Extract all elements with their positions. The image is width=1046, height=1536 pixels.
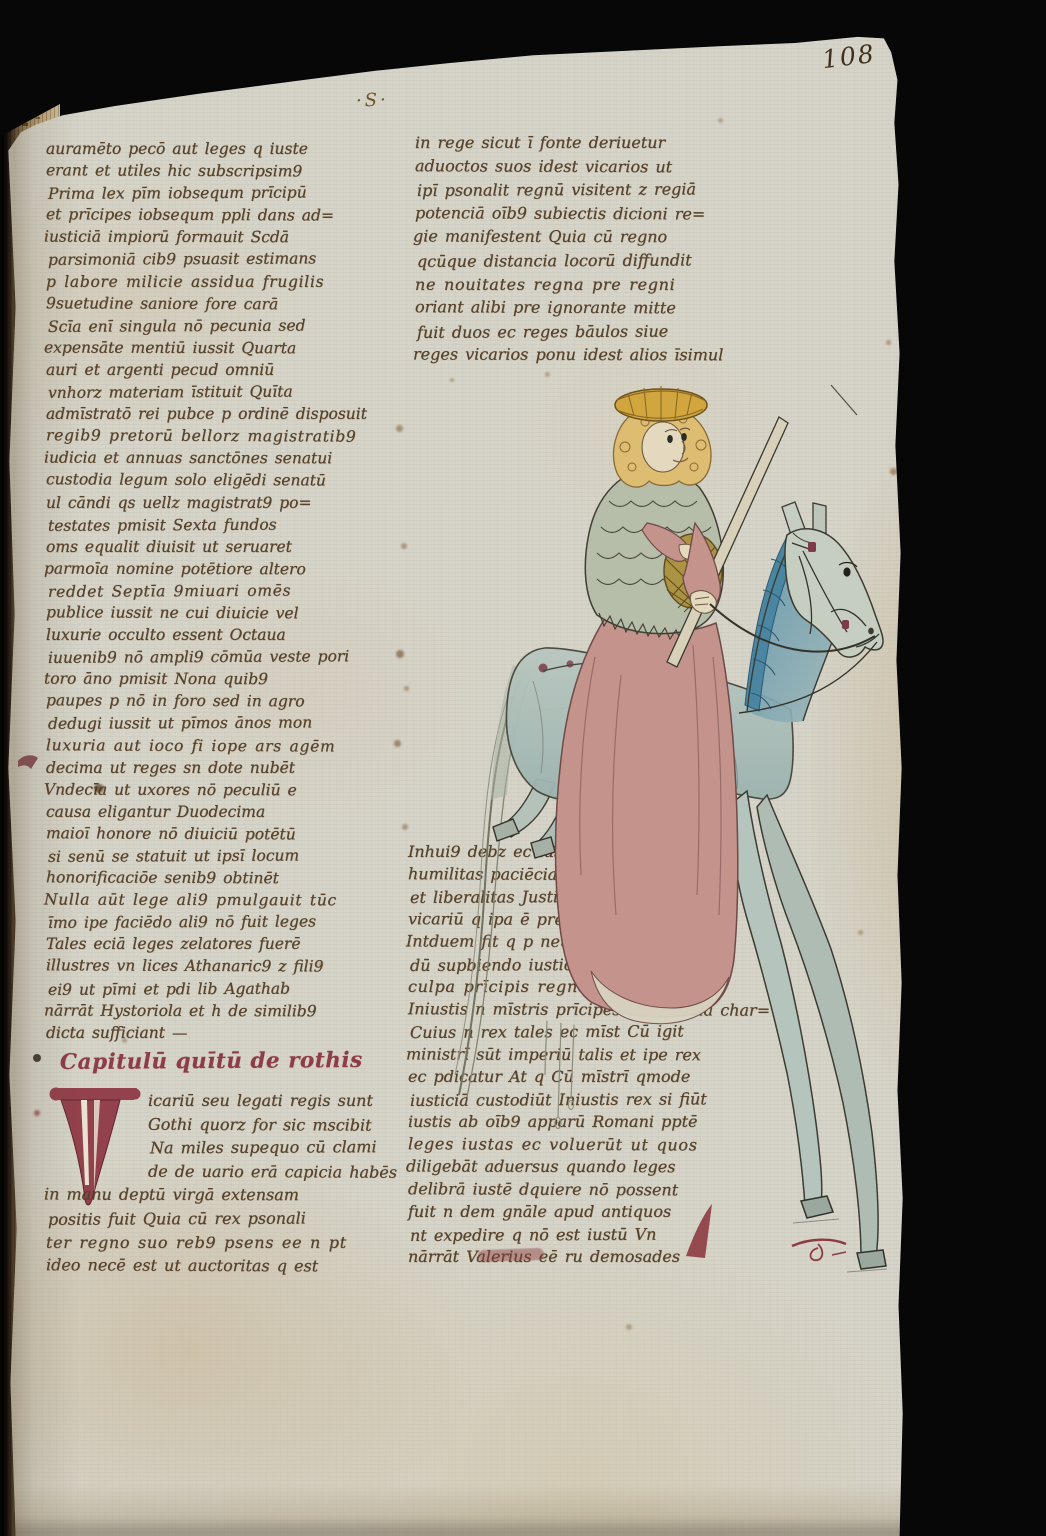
foxing-spot [890,468,897,475]
text-line: iuuenib9 nō ampli9 cōmūa veste pori [48,645,382,669]
text-line: illustres vn lices Athanaric9 z fili9 [46,955,380,979]
initial-letter: V [46,1089,47,1090]
text-line: reddet Septīa 9miuari omēs [48,579,382,603]
text-line: dedugi iussit ut pīmos ānos mon [48,712,382,736]
text-line: Vndecīa ut uxores nō peculiū e [44,778,378,801]
text-line: p labore milicie assidua frugilis [46,271,380,293]
text-line: toro āno pmisit Nona quib9 [44,668,378,691]
pen-slash-mark [831,385,857,415]
text-line: honorificaciōe senib9 obtinēt [46,866,380,890]
text-line: Cuius n rex tales ec mīst Cū igit [410,1020,782,1044]
chapter-rubric: Capitulū quītū de rothis [60,1048,363,1075]
rein-lower [739,642,877,713]
text-line: et liberalitas Justicia luceat regis [410,885,782,909]
text-line: causa eligantur Duodecima [46,801,380,823]
text-line: qcūque distancia locorū diffundit [417,248,779,273]
text-line: et prīcipes iobsequm ppli dans ad= [46,204,380,228]
text-line: reges vicarios ponu idest alios īsimul [413,343,775,368]
text-line: Tales eciā leges zelatores fuerē [46,933,380,955]
text-line: gie manifestent Quia cū regno [413,225,775,250]
text-line: si senū se statuit ut ipsī locum [48,844,382,868]
text-line: ul cāndi qs uellz magistrat9 po= [46,492,380,514]
text-line: publice iussit ne cui diuicie vel [46,601,380,625]
foxing-spot [404,686,409,691]
text-line: fuit n dem gnāle apud antiquos [408,1201,780,1224]
text-line: paupes p nō in foro sed in agro [46,690,380,714]
text-line: nārrāt Hystoriola et h de similib9 [44,999,378,1022]
chapter-text: V icariū seu legati regis suntGothi quor… [46,1089,388,1278]
right-column-bottom: Inhui9 debz ec iusticia pietashumilitas … [408,841,780,1269]
text-line: potenciā oīb9 subiectis dicioni re= [415,201,777,226]
text-line: Prima lex pīm iobsequm prīcipū [48,181,382,205]
foxing-spot [450,378,454,382]
text-line: iusticiā custodiūt Iniustis rex si fiūt [410,1088,782,1112]
text-line: custodia legum solo eligēdi senatū [46,469,380,493]
margin-paragraph-mark [16,752,42,772]
text-line: parsimoniā cib9 psuasit estimans [48,248,382,272]
text-line: Nulla aūt lege ali9 pmulgauit tūc [44,889,378,912]
text-line: nt expedire q nō est iustū Vn [410,1223,782,1247]
foxing-spot [858,930,863,935]
text-line: Gothi quorz for sic mscibit [46,1112,388,1137]
manuscript-leaf: 108 ·S· auramēto pecō aut leges q iustee… [0,0,1046,1536]
red-strikethrough [478,1248,544,1262]
text-line: de de uario erā capicia habēs [46,1159,388,1184]
rein-upper [710,604,875,652]
foxing-spot [396,425,403,432]
text-line: ideo necē est ut auctoritas q est [46,1253,388,1278]
text-line: luxurie occulto essent Octaua [46,624,380,646]
text-line: ter regno suo reb9 psens ee n pt [46,1231,388,1255]
foxing-spot [394,740,401,747]
text-line: iusticiā impiorū formauit Scdā [44,226,378,249]
text-line: vicariū q ipa ē preclara virtutum [408,908,780,932]
text-line: decima ut reges sn dote nubēt [46,757,380,779]
text-line: maioī honore nō diuiciū potētū [46,822,380,846]
text-line: ministrī sūt imperiū talis et ipe rex [406,1043,778,1066]
text-line: diligebāt aduersus quando leges [406,1156,778,1179]
text-line: ipī psonalit regnū visitent z regiā [417,177,779,202]
text-line: aduoctos suos idest vicarios ut [415,154,777,179]
text-line: luxuria aut ioco fi iope ars agēm [46,734,380,758]
text-line: expensāte mentiū iussit Quarta [44,336,378,359]
text-line: ec pdicatur At q Cū mīstrī qmode [408,1066,780,1089]
text-line: nārrāt Valerius eē ru demosades [408,1246,780,1269]
foxing-spot [402,824,408,830]
text-line: in manu deptū virgā extensam [44,1183,386,1207]
text-line: leges iustas ec voluerūt ut quos [408,1133,780,1157]
foxing-spot [396,650,404,658]
text-line: humilitas paciēcia volūtaria pauptas [408,863,780,887]
manuscript-photo: 108 ·S· auramēto pecō aut leges q iustee… [0,0,1046,1536]
text-line: oriant alibi pre ignorante mitte [415,295,777,320]
text-line: fuit duos ec reges bāulos siue [417,319,779,344]
rubric-bullet-mark [33,1054,41,1062]
text-line: parmoīa nomine potētiore altero [44,557,378,580]
text-line: iudicia et annuas sanctōnes senatui [44,447,378,470]
text-line: ei9 ut pīmi et pdi lib Agathab [48,977,382,1001]
text-line: 9suetudine saniore fore carā [46,292,380,316]
text-line: erant et utiles hic subscripsim9 [46,159,380,183]
text-line: Scīa enī singula nō pecunia sed [48,314,382,338]
text-line: auramēto pecō aut leges q iuste [46,138,380,160]
text-line: ne nouitates regna pre regni [415,273,777,297]
quire-signature: ·S· [356,89,389,111]
foxing-spot [545,372,550,377]
text-line: testates pmisit Sexta fundos [48,513,382,537]
text-line: culpa prīcipis regnant reges pdūt [408,976,780,999]
foxing-spot [886,340,891,345]
text-line: iustis ab oīb9 apparū Romani pptē [408,1111,780,1134]
right-column-top: in rege sicut ī fonte deriueturaduoctos … [415,131,777,367]
text-line: dicta sufficiant — [46,1022,380,1044]
text-line: Inhui9 debz ec iusticia pietas [408,841,780,864]
text-line: dū supbiendo iusticiā puertunt sine [410,953,782,977]
text-line: Iniustis n mīstris prīcipes de iusticiā … [408,998,780,1022]
text-line: vnhorz materiam īstituit Quīta [48,380,382,404]
text-line: oms equalit diuisit ut seruaret [46,536,380,558]
text-line: regib9 pretorū bellorz magistratib9 [46,424,380,448]
left-column: auramēto pecō aut leges q iusteerant et … [46,138,380,1044]
text-line: īmo ipe faciēdo ali9 nō fuit leges [48,910,382,934]
text-line: positis fuit Quia cū rex psonali [48,1206,390,1231]
text-line: in rege sicut ī fonte deriuetur [415,131,777,155]
foxing-spot [626,1324,632,1330]
text-line: admīstratō rei pubce p ordinē disposuit [46,403,380,425]
text-line: auri et argenti pecud omniū [46,359,380,381]
red-fleck [34,1110,40,1116]
red-margin-squiggle [788,1232,850,1266]
foxing-spot [718,118,723,123]
staff [667,417,788,667]
text-line: delibrā iustē dquiere nō possent [408,1178,780,1202]
text-line: Na miles supequo cū clami [48,1135,390,1160]
folio-number: 108 [820,39,877,74]
text-line: Intduem fit q p nequiciā mīstrorū [406,931,778,954]
foxing-spot [401,543,407,549]
